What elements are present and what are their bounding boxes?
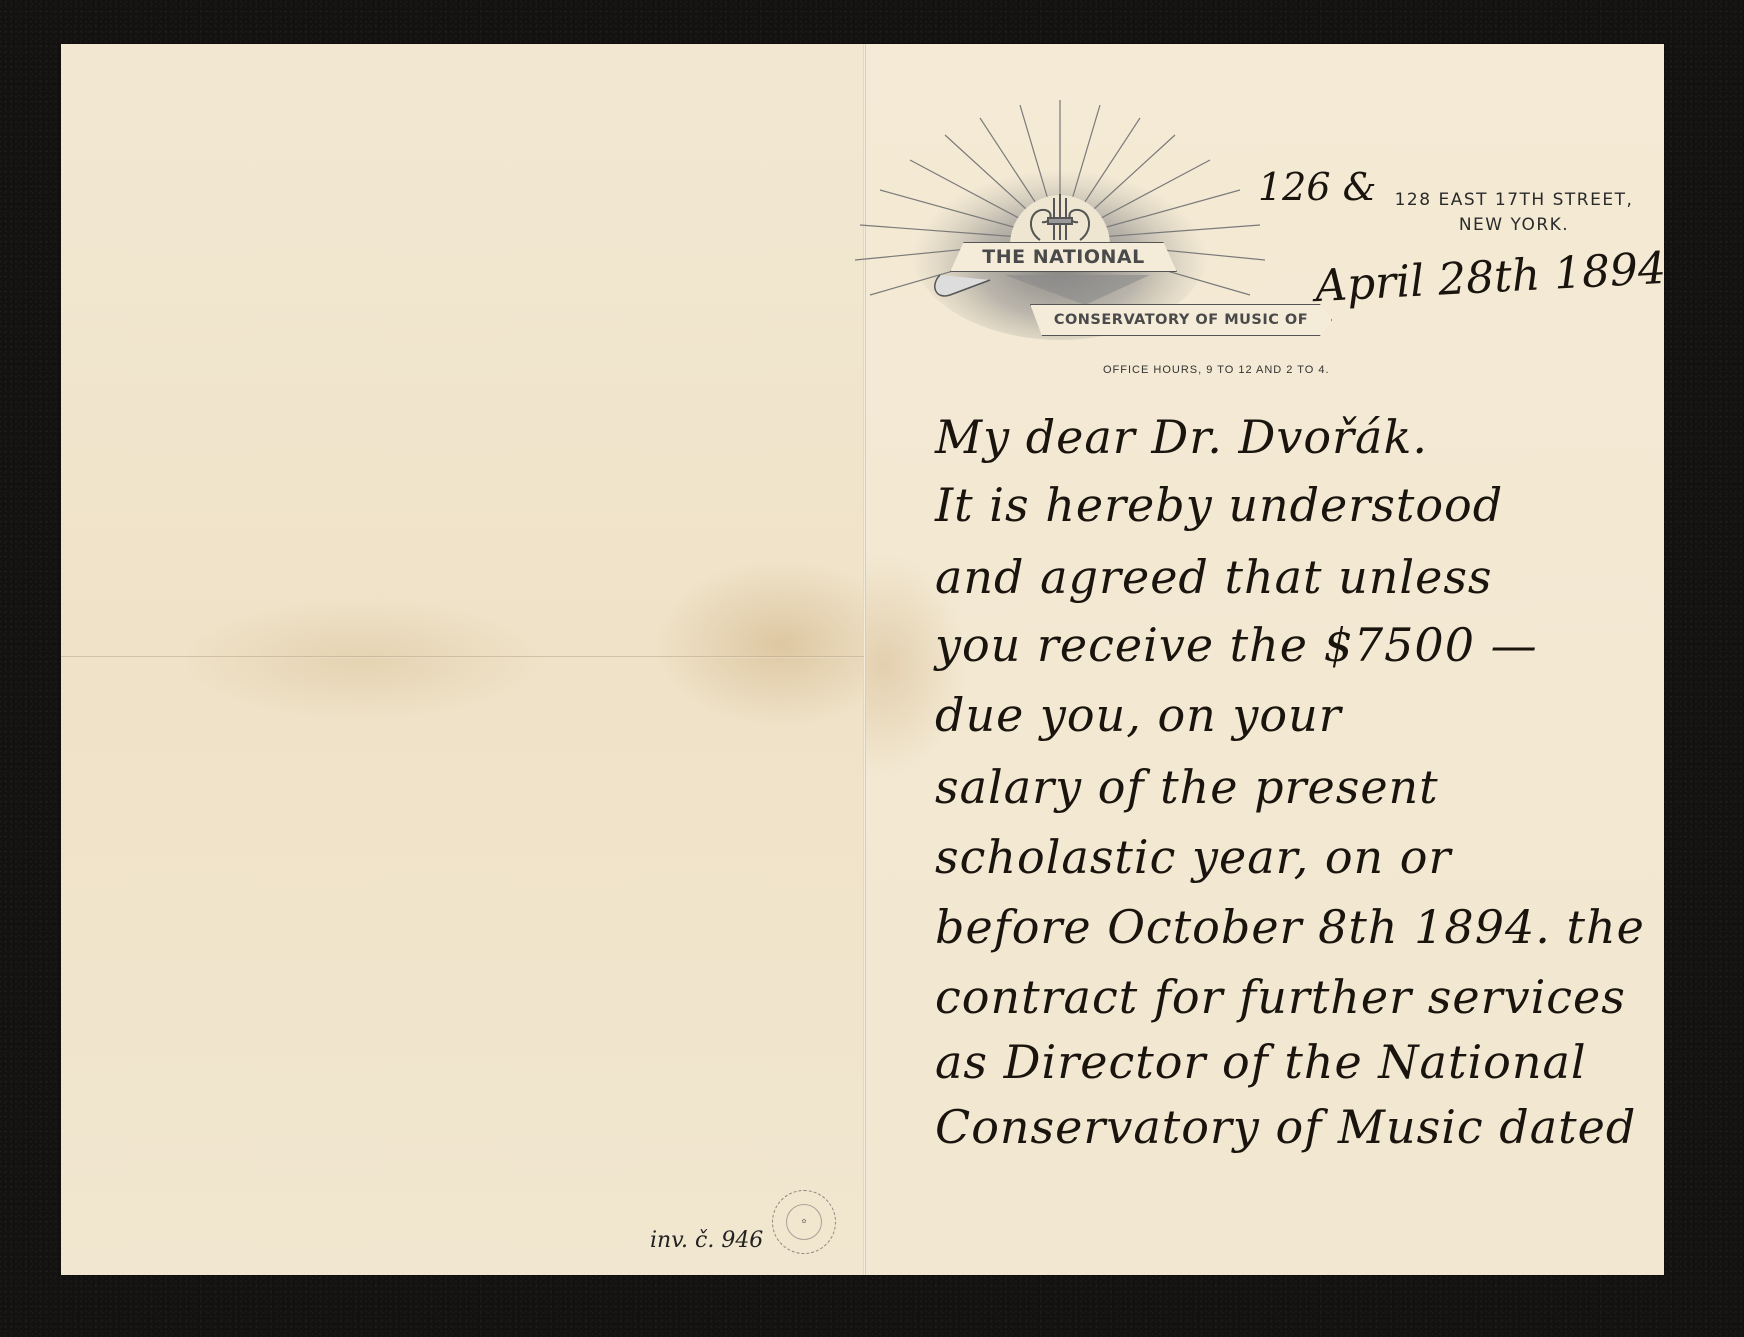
body-line: before October 8th 1894. the bbox=[935, 900, 1645, 954]
left-page-blank bbox=[61, 44, 864, 1275]
banner-conservatory: CONSERVATORY OF MUSIC OF AMERICA bbox=[1030, 304, 1332, 336]
letterhead-logo: THE NATIONAL CONSERVATORY OF MUSIC OF AM… bbox=[820, 90, 1340, 390]
body-line: It is hereby understood bbox=[935, 478, 1503, 532]
body-line: scholastic year, on or bbox=[935, 830, 1451, 884]
stamp-emblem: ✿ bbox=[786, 1204, 822, 1240]
body-line: due you, on your bbox=[935, 688, 1342, 742]
banner-the-national: THE NATIONAL bbox=[950, 242, 1177, 272]
horizontal-fold bbox=[61, 656, 864, 658]
body-line: Conservatory of Music dated bbox=[935, 1100, 1636, 1154]
address-line-2: NEW YORK. bbox=[1384, 213, 1644, 238]
museum-stamp-icon: ✿ bbox=[772, 1190, 836, 1254]
body-line: and agreed that unless bbox=[935, 550, 1493, 604]
body-line: as Director of the National bbox=[935, 1035, 1587, 1089]
body-line: you receive the $7500 — bbox=[935, 618, 1538, 672]
inventory-note: inv. č. 946 bbox=[650, 1228, 763, 1253]
address-line-1: 128 EAST 17TH STREET, bbox=[1384, 188, 1644, 213]
body-line: contract for further services bbox=[935, 970, 1626, 1024]
reference-number: 126 & bbox=[1258, 165, 1376, 209]
letterhead-address: 128 EAST 17TH STREET, NEW YORK. bbox=[1384, 188, 1644, 238]
office-hours: OFFICE HOURS, 9 TO 12 AND 2 TO 4. bbox=[1103, 364, 1330, 376]
salutation: My dear Dr. Dvořák. bbox=[935, 410, 1428, 464]
lyre-with-sunburst-icon bbox=[820, 90, 1340, 390]
body-line: salary of the present bbox=[935, 760, 1439, 814]
